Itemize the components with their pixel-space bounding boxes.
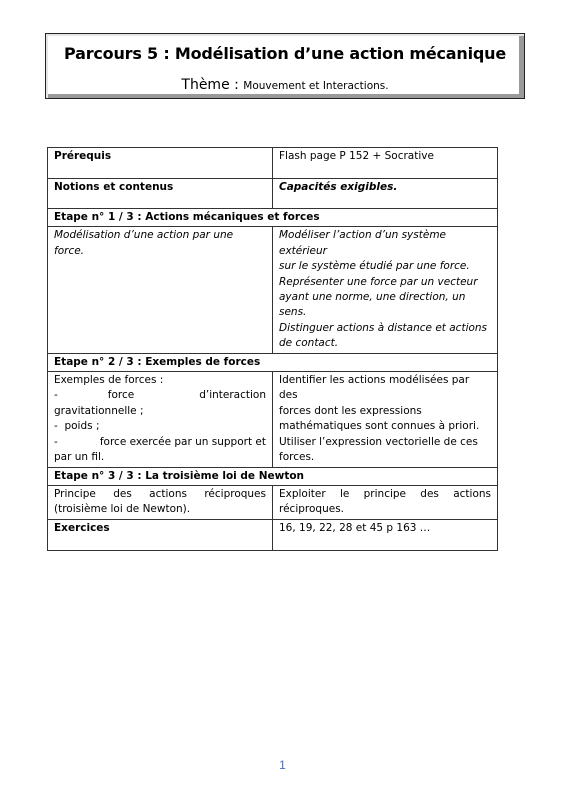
capacite-line: sur le système étudié par une force. (279, 259, 491, 274)
theme-line: Thème : Mouvement et Interactions. (46, 77, 524, 93)
capacite-line: de contact. (279, 336, 491, 351)
step-row-3: Etape n° 3 / 3 : La troisième loi de New… (48, 467, 498, 485)
step-row-1: Etape n° 1 / 3 : Actions mécaniques et f… (48, 209, 498, 227)
capacite-line: forces dont les expressions (279, 404, 491, 419)
capacite-line: forces. (279, 450, 491, 465)
notion-line: Modélisation d’une action par une force. (54, 228, 266, 259)
table-row: Principe des actions réciproques (troisi… (48, 485, 498, 519)
notion-line: (troisième loi de Newton). (54, 502, 266, 517)
notion-line: -forced’interaction (54, 388, 266, 403)
capacites-header: Capacités exigibles. (273, 179, 498, 209)
theme-label: Thème : (181, 77, 243, 93)
document-title: Parcours 5 : Modélisation d’une action m… (46, 44, 524, 63)
capacites-cell: Identifier les actions modélisées par de… (273, 372, 498, 467)
notion-line: - poids ; (54, 419, 266, 434)
program-table: Prérequis Flash page P 152 + Socrative N… (47, 147, 498, 551)
capacite-line: Exploiter le principe des actions (279, 487, 491, 502)
capacite-line: Distinguer actions à distance et actions (279, 321, 491, 336)
table-row-exercices: Exercices 16, 19, 22, 28 et 45 p 163 … (48, 519, 498, 550)
table-row: Modélisation d’une action par une force.… (48, 227, 498, 353)
step-title: Etape n° 2 / 3 : Exemples de forces (48, 353, 498, 371)
notion-line: gravitationnelle ; (54, 404, 266, 419)
notions-cell: Modélisation d’une action par une force. (48, 227, 273, 353)
step-title: Etape n° 1 / 3 : Actions mécaniques et f… (48, 209, 498, 227)
notions-cell: Principe des actions réciproques (troisi… (48, 485, 273, 519)
capacite-line: réciproques. (279, 502, 491, 517)
prerequis-value: Flash page P 152 + Socrative (273, 148, 498, 179)
step-title: Etape n° 3 / 3 : La troisième loi de New… (48, 467, 498, 485)
exercices-label: Exercices (48, 519, 273, 550)
page-number: 1 (0, 758, 565, 772)
step-row-2: Etape n° 2 / 3 : Exemples de forces (48, 353, 498, 371)
capacite-line: mathématiques sont connues à priori. (279, 419, 491, 434)
prerequis-label: Prérequis (48, 148, 273, 179)
title-box: Parcours 5 : Modélisation d’une action m… (45, 33, 525, 99)
notion-line: Principe des actions réciproques (54, 487, 266, 502)
theme-value: Mouvement et Interactions. (243, 80, 388, 92)
table-row-headers: Notions et contenus Capacités exigibles. (48, 179, 498, 209)
capacite-line: Identifier les actions modélisées par de… (279, 373, 491, 404)
table-row-prerequis: Prérequis Flash page P 152 + Socrative (48, 148, 498, 179)
capacite-line: Représenter une force par un vecteur (279, 275, 491, 290)
table-row: Exemples de forces : -forced’interaction… (48, 372, 498, 467)
exercices-value: 16, 19, 22, 28 et 45 p 163 … (273, 519, 498, 550)
notion-line: par un fil. (54, 450, 266, 465)
capacite-line: ayant une norme, une direction, un sens. (279, 290, 491, 321)
notions-header: Notions et contenus (48, 179, 273, 209)
capacite-line: Utiliser l’expression vectorielle de ces (279, 435, 491, 450)
notions-cell: Exemples de forces : -forced’interaction… (48, 372, 273, 467)
capacite-line: Modéliser l’action d’un système extérieu… (279, 228, 491, 259)
notion-line: -force exercée par un support et (54, 435, 266, 450)
capacites-cell: Modéliser l’action d’un système extérieu… (273, 227, 498, 353)
capacites-cell: Exploiter le principe des actions récipr… (273, 485, 498, 519)
notion-line: Exemples de forces : (54, 373, 266, 388)
